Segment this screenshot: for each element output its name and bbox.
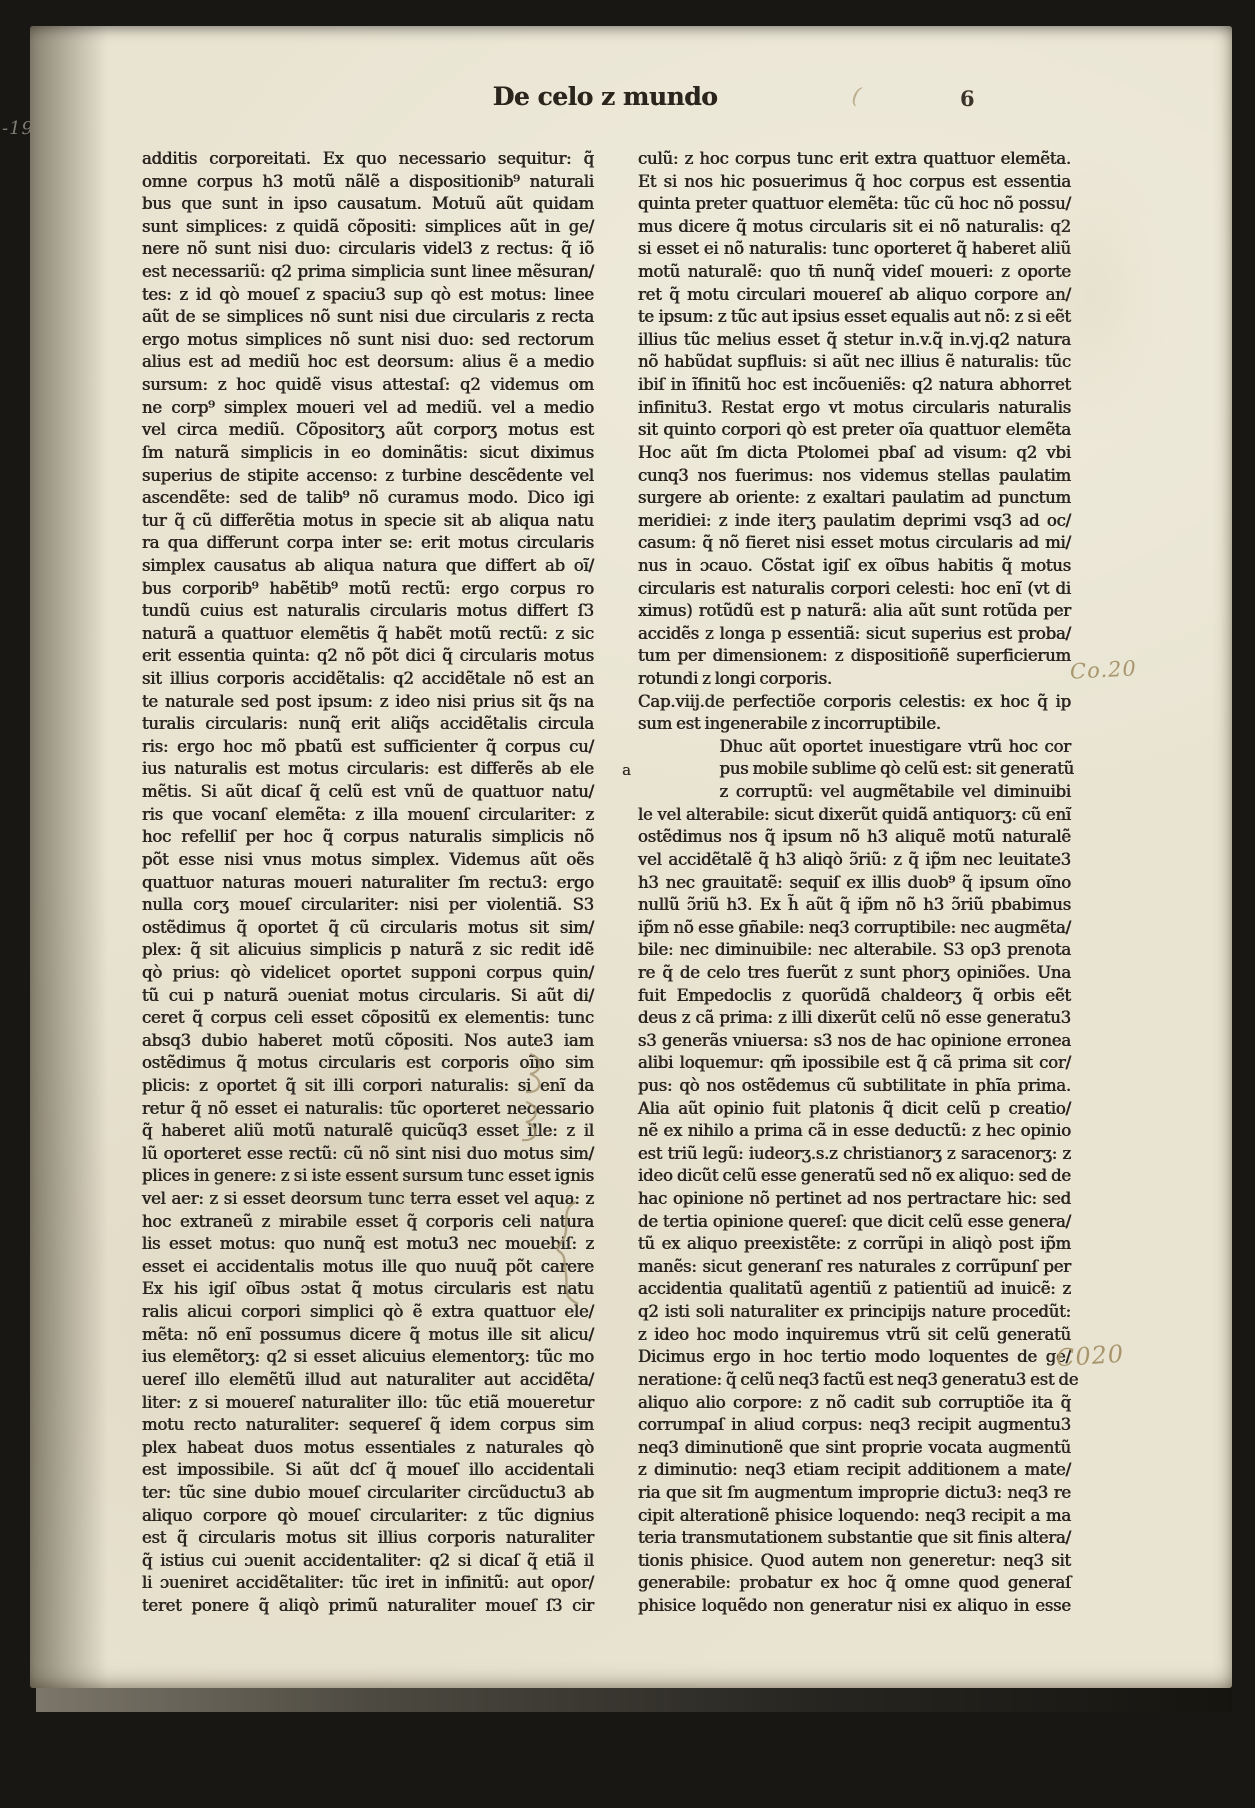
- text-line: quattuor naturas moueri naturaliter ſm r…: [142, 872, 594, 895]
- text-line: ibiſ in ĩfinitũ hoc est incõueniẽs: q2 n…: [638, 374, 1071, 397]
- text-line: z diminutio: neq3 etiam recipit addition…: [638, 1459, 1071, 1482]
- text-line: nullũ ɔ̃riũ h3. Ex h̃ aũt q̃ ip̃m nõ h3 …: [638, 894, 1071, 917]
- text-line: ostẽdimus q̃ oportet q̃ cũ circularis mo…: [142, 917, 594, 940]
- text-line: re q̃ de celo tres fuerũt z sunt phorʒ o…: [638, 962, 1071, 985]
- text-line: tũ ex aliquo preexistẽte: z corrũpi in a…: [638, 1233, 1071, 1256]
- text-line: ne corp⁹ simplex moueri vel ad mediũ. ve…: [142, 397, 594, 420]
- text-line: Hoc aũt ſm dicta Ptolomei pbaſ ad visum:…: [638, 442, 1071, 465]
- text-line: Alia aũt opinio fuit platonis q̃ dicit c…: [638, 1098, 1071, 1121]
- text-line: lis esset motus: quo nunq̃ est motu3 nec…: [142, 1233, 594, 1256]
- text-line: ris: ergo hoc mõ pbatũ est sufficienter …: [142, 736, 594, 759]
- text-line: sit illius corporis accidẽtalis: q2 acci…: [142, 668, 594, 691]
- text-line: ter: tũc sine dubio moueſ circulariter c…: [142, 1482, 594, 1505]
- text-column-right: culũ: z hoc corpus tunc erit extra quatt…: [638, 148, 1071, 1618]
- text-line: z ideo hoc modo inquiremus vtrũ sit celũ…: [638, 1324, 1071, 1347]
- text-line: te ipsum: z tũc aut ipsius esset equalis…: [638, 306, 1071, 329]
- text-line: le vel alterabile: sicut dixerũt quidã a…: [638, 804, 1071, 827]
- text-line: tionis phisice. Quod autem non generetur…: [638, 1550, 1071, 1573]
- text-line: Dicimus ergo in hoc tertio modo loquente…: [638, 1346, 1071, 1369]
- text-line: deus z cã prima: z illi dixerũt celũ nõ …: [638, 1007, 1071, 1030]
- text-line: est impossibile. Si aũt dcſ q̃ moueſ ill…: [142, 1459, 594, 1482]
- text-line: quinta preter quattuor elemẽta: tũc cũ h…: [638, 193, 1071, 216]
- text-line: accidẽs z longa p essentiã: sicut superi…: [638, 623, 1071, 646]
- text-line: ximus) rotũdũ est p naturã: alia aũt sun…: [638, 600, 1071, 623]
- text-line: motu recto naturaliter: sequereſ q̃ idem…: [142, 1414, 594, 1437]
- text-line: te naturale sed post ipsum: z ideo nisi …: [142, 691, 594, 714]
- text-line: tum per dimensionem: z dispositioñẽ supe…: [638, 645, 1071, 668]
- text-line: tur q̃ cũ differẽtia motus in specie sit…: [142, 510, 594, 533]
- text-line: ip̃m nõ esse gñabile: neq3 corruptibile:…: [638, 917, 1071, 940]
- text-line: ſm naturã simplicis in eo dominãtis: sic…: [142, 442, 594, 465]
- text-line: culũ: z hoc corpus tunc erit extra quatt…: [638, 148, 1071, 171]
- scanned-book-photo: -19· De celo z mundo 6 ( additis corpore…: [0, 0, 1255, 1808]
- text-line: Et si nos hic posuerimus q̃ hoc corpus e…: [638, 171, 1071, 194]
- text-line: q2 isti soli naturaliter ex principijs n…: [638, 1301, 1071, 1324]
- text-line: li ɔueniret accidẽtaliter: tũc iret in i…: [142, 1572, 594, 1595]
- text-line: Cap.viij.de perfectiõe corporis celestis…: [638, 691, 1071, 714]
- page-number: 6: [960, 86, 975, 111]
- handwritten-brace-mark: [542, 1198, 592, 1308]
- text-line: ius elemẽtorʒ: q2 si esset alicuius elem…: [142, 1346, 594, 1369]
- text-line: ostẽdimus nos q̃ ipsum nõ h3 aliquẽ motũ…: [638, 826, 1071, 849]
- text-line: põt esse nisi vnus motus simplex. Videmu…: [142, 849, 594, 872]
- handwritten-note-bottom: C020: [1055, 1340, 1125, 1373]
- running-title: De celo z mundo: [485, 82, 725, 111]
- text-line: ideo dicũt celũ esse generatũ sed nõ ex …: [638, 1165, 1071, 1188]
- text-line: ius naturalis est motus circularis: est …: [142, 758, 594, 781]
- text-line: circularis est naturalis corpori celesti…: [638, 578, 1071, 601]
- text-line: plex: q̃ sit alicuius simplicis p naturã…: [142, 939, 594, 962]
- text-line: motũ naturalẽ: quo tñ nunq̃ videſ moueri…: [638, 261, 1071, 284]
- text-line: nus in ɔcauo. Cõstat igiſ ex oĩbus habit…: [638, 555, 1071, 578]
- text-line: cipit alterationẽ phisice loquendo: neq3…: [638, 1505, 1071, 1528]
- text-line: phisice loquẽdo non generatur nisi ex al…: [638, 1595, 1071, 1618]
- text-line: Dhuc aũt oportet inuestigare vtrũ hoc co…: [638, 736, 1071, 759]
- handwritten-squiggle-marks: [508, 1048, 578, 1168]
- text-line: infinitu3. Restat ergo vt motus circular…: [638, 397, 1071, 420]
- text-line: neq3 diminutionẽ que sint proprie vocata…: [638, 1437, 1071, 1460]
- text-line: manẽs: sicut generanſ res naturales z co…: [638, 1256, 1071, 1279]
- text-line: hac opinione nõ pertinet ad nos pertract…: [638, 1188, 1071, 1211]
- text-line: bile: nec diminuibile: nec alterabile. S…: [638, 939, 1071, 962]
- text-line: tũ cui p naturã ɔueniat motus circularis…: [142, 985, 594, 1008]
- text-line: hoc refelliſ per hoc q̃ corpus naturalis…: [142, 826, 594, 849]
- text-line: est necessariũ: q2 prima simplicia sunt …: [142, 261, 594, 284]
- text-line: simplex causatus ab aliqua natura que di…: [142, 555, 594, 578]
- text-line: teret ponere q̃ aliqò primũ naturaliter …: [142, 1595, 594, 1618]
- text-line: bus corporib⁹ habẽtib⁹ motũ rectũ: ergo …: [142, 578, 594, 601]
- text-line: h3 nec grauitatẽ: sequiſ ex illis duob⁹ …: [638, 872, 1071, 895]
- text-line: Ex his igiſ oĩbus ɔstat q̃ motus circula…: [142, 1278, 594, 1301]
- text-line: nulla corʒ moueſ circulariter: nisi per …: [142, 894, 594, 917]
- text-line: additis corporeitati. Ex quo necessario …: [142, 148, 594, 171]
- text-line: est q̃ circularis motus sit illius corpo…: [142, 1527, 594, 1550]
- text-line: uereſ illo elemẽtũ illud aut naturaliter…: [142, 1369, 594, 1392]
- text-line: ris que vocanſ elemẽta: z illa mouenſ ci…: [142, 804, 594, 827]
- text-line: pus: qò nos ostẽdemus cũ subtilitate in …: [638, 1075, 1071, 1098]
- text-line: ergo motus simplices nõ sunt nisi duo: s…: [142, 329, 594, 352]
- text-line: aũt de se simplices nõ sunt nisi due cir…: [142, 306, 594, 329]
- text-line: casum: q̃ nõ fieret nisi esset motus cir…: [638, 532, 1071, 555]
- book-page: De celo z mundo 6 ( additis corporeitati…: [30, 26, 1232, 1688]
- text-line: cunq3 nos fuerimus: nos videmus stellas …: [638, 465, 1071, 488]
- text-line: fuit Empedoclis z quorũdã chaldeorʒ q̃ o…: [638, 985, 1071, 1008]
- text-line: nere nõ sunt nisi duo: circularis videl3…: [142, 238, 594, 261]
- text-line: liter: z si mouereſ naturaliter illo: tũ…: [142, 1392, 594, 1415]
- text-line: teria transmutationem substantie que sit…: [638, 1527, 1071, 1550]
- text-line: qò prius: qò videlicet oportet supponi c…: [142, 962, 594, 985]
- text-column-left: additis corporeitati. Ex quo necessario …: [142, 148, 594, 1618]
- text-line: neratione: q̃ celũ neq3 factũ est neq3 g…: [638, 1369, 1071, 1392]
- text-line: q̃ istius cui ɔuenit accidentaliter: q2 …: [142, 1550, 594, 1573]
- text-line: alibi loquemur: qm̃ ipossibile est q̃ cã…: [638, 1052, 1071, 1075]
- text-line: aliquo alio corpore: z nõ cadit sub corr…: [638, 1392, 1071, 1415]
- text-line: mus dicere q̃ motus circularis sit ei nõ…: [638, 216, 1071, 239]
- text-line: turalis circularis: nunq̃ erit aliq̃s ac…: [142, 713, 594, 736]
- text-line: superius de stipite accenso: z turbine d…: [142, 465, 594, 488]
- text-line: s3 generãs vniuersa: s3 nos de hac opini…: [638, 1030, 1071, 1053]
- text-line: ret q̃ motu circulari mouereſ ab aliquo …: [638, 284, 1071, 307]
- text-line: generabile: probatur ex hoc q̃ omne quod…: [638, 1572, 1071, 1595]
- text-line: vel circa mediũ. Cõpositorʒ aũt corporʒ …: [142, 419, 594, 442]
- text-line: sunt simplices: z quidã cõpositi: simpli…: [142, 216, 594, 239]
- text-line: nẽ ex nihilo a prima cã in esse deductũ:…: [638, 1120, 1071, 1143]
- text-line: rotundi z longi corporis.: [638, 668, 1071, 691]
- text-line: ria que sit ſm augmentum improprie dictu…: [638, 1482, 1071, 1505]
- text-line: alius est ad mediũ hoc est deorsum: aliu…: [142, 351, 594, 374]
- text-line: aliquo corpore qò moueſ circulariter: z …: [142, 1505, 594, 1528]
- paper-stain: [320, 1156, 440, 1236]
- text-line: ralis alicui corpori simplici qò ẽ extra…: [142, 1301, 594, 1324]
- text-line: ascendẽte: sed de talib⁹ nõ curamus modo…: [142, 487, 594, 510]
- text-line: naturã a quattuor elemẽtis q̃ habẽt motũ…: [142, 623, 594, 646]
- text-line: mẽta: nõ enĩ possumus dicere q̃ motus il…: [142, 1324, 594, 1347]
- pen-mark: (: [850, 83, 862, 109]
- page-stack-edge: [36, 1688, 1232, 1712]
- text-line: corrumpaſ in aliud corpus: neq3 recipit …: [638, 1414, 1071, 1437]
- text-line: vel accidẽtalẽ q̃ h3 aliqò ɔ̃riũ: z q̃ i…: [638, 849, 1071, 872]
- text-line: si esset ei nõ naturalis: tunc oporteret…: [638, 238, 1071, 261]
- text-line: tundũ cuius est naturalis circularis mot…: [142, 600, 594, 623]
- text-line: surgere ab oriente: z exaltari paulatim …: [638, 487, 1071, 510]
- text-line: sit quinto corpori qò est preter oĩa qua…: [638, 419, 1071, 442]
- text-line: sursum: z hoc quidẽ visus attestaſ: q2 v…: [142, 374, 594, 397]
- guide-letter: a: [622, 761, 631, 779]
- text-line: de tertia opinione quereſ: que dicit cel…: [638, 1211, 1071, 1234]
- text-line: tes: z id qò moueſ z spaciu3 sup qò est …: [142, 284, 594, 307]
- text-line: illius tũc melius esset q̃ stetur in.v.q…: [638, 329, 1071, 352]
- text-line: accidentia qualitatũ agentiũ z patientiũ…: [638, 1278, 1071, 1301]
- text-line: nõ habũdat supfluis: si aũt nec illius ẽ…: [638, 351, 1071, 374]
- text-line: sum est ingenerabile z incorruptibile.: [638, 713, 1071, 736]
- text-line: ceret q̃ corpus celi esset cõpositũ ex e…: [142, 1007, 594, 1030]
- handwritten-note-top: Co.20: [1069, 656, 1137, 683]
- text-line: meridiei: z inde iterʒ paulatim deprimi …: [638, 510, 1071, 533]
- text-line: erit essentia quinta: q2 nõ põt dici q̃ …: [142, 645, 594, 668]
- text-line: omne corpus h3 motũ nãlẽ a dispositionib…: [142, 171, 594, 194]
- text-line: z corruptũ: vel augmẽtabile vel diminuib…: [638, 781, 1071, 804]
- text-line: esset ei accidentalis motus ille quo nuu…: [142, 1256, 594, 1279]
- text-line: mẽtis. Si aũt dicaſ q̃ celũ est vnũ de q…: [142, 781, 594, 804]
- text-line: est triũ legũ: iudeorʒ.s.z christianorʒ …: [638, 1143, 1071, 1166]
- text-line: ra qua differunt corpa inter se: erit mo…: [142, 532, 594, 555]
- paper-stain: [1010, 146, 1170, 446]
- text-line: pus mobile sublime qò celũ est: sit gene…: [638, 758, 1071, 781]
- text-line: bus que sunt in ipso causatum. Motuũ aũt…: [142, 193, 594, 216]
- text-line: plex habeat duos motus essentiales z nat…: [142, 1437, 594, 1460]
